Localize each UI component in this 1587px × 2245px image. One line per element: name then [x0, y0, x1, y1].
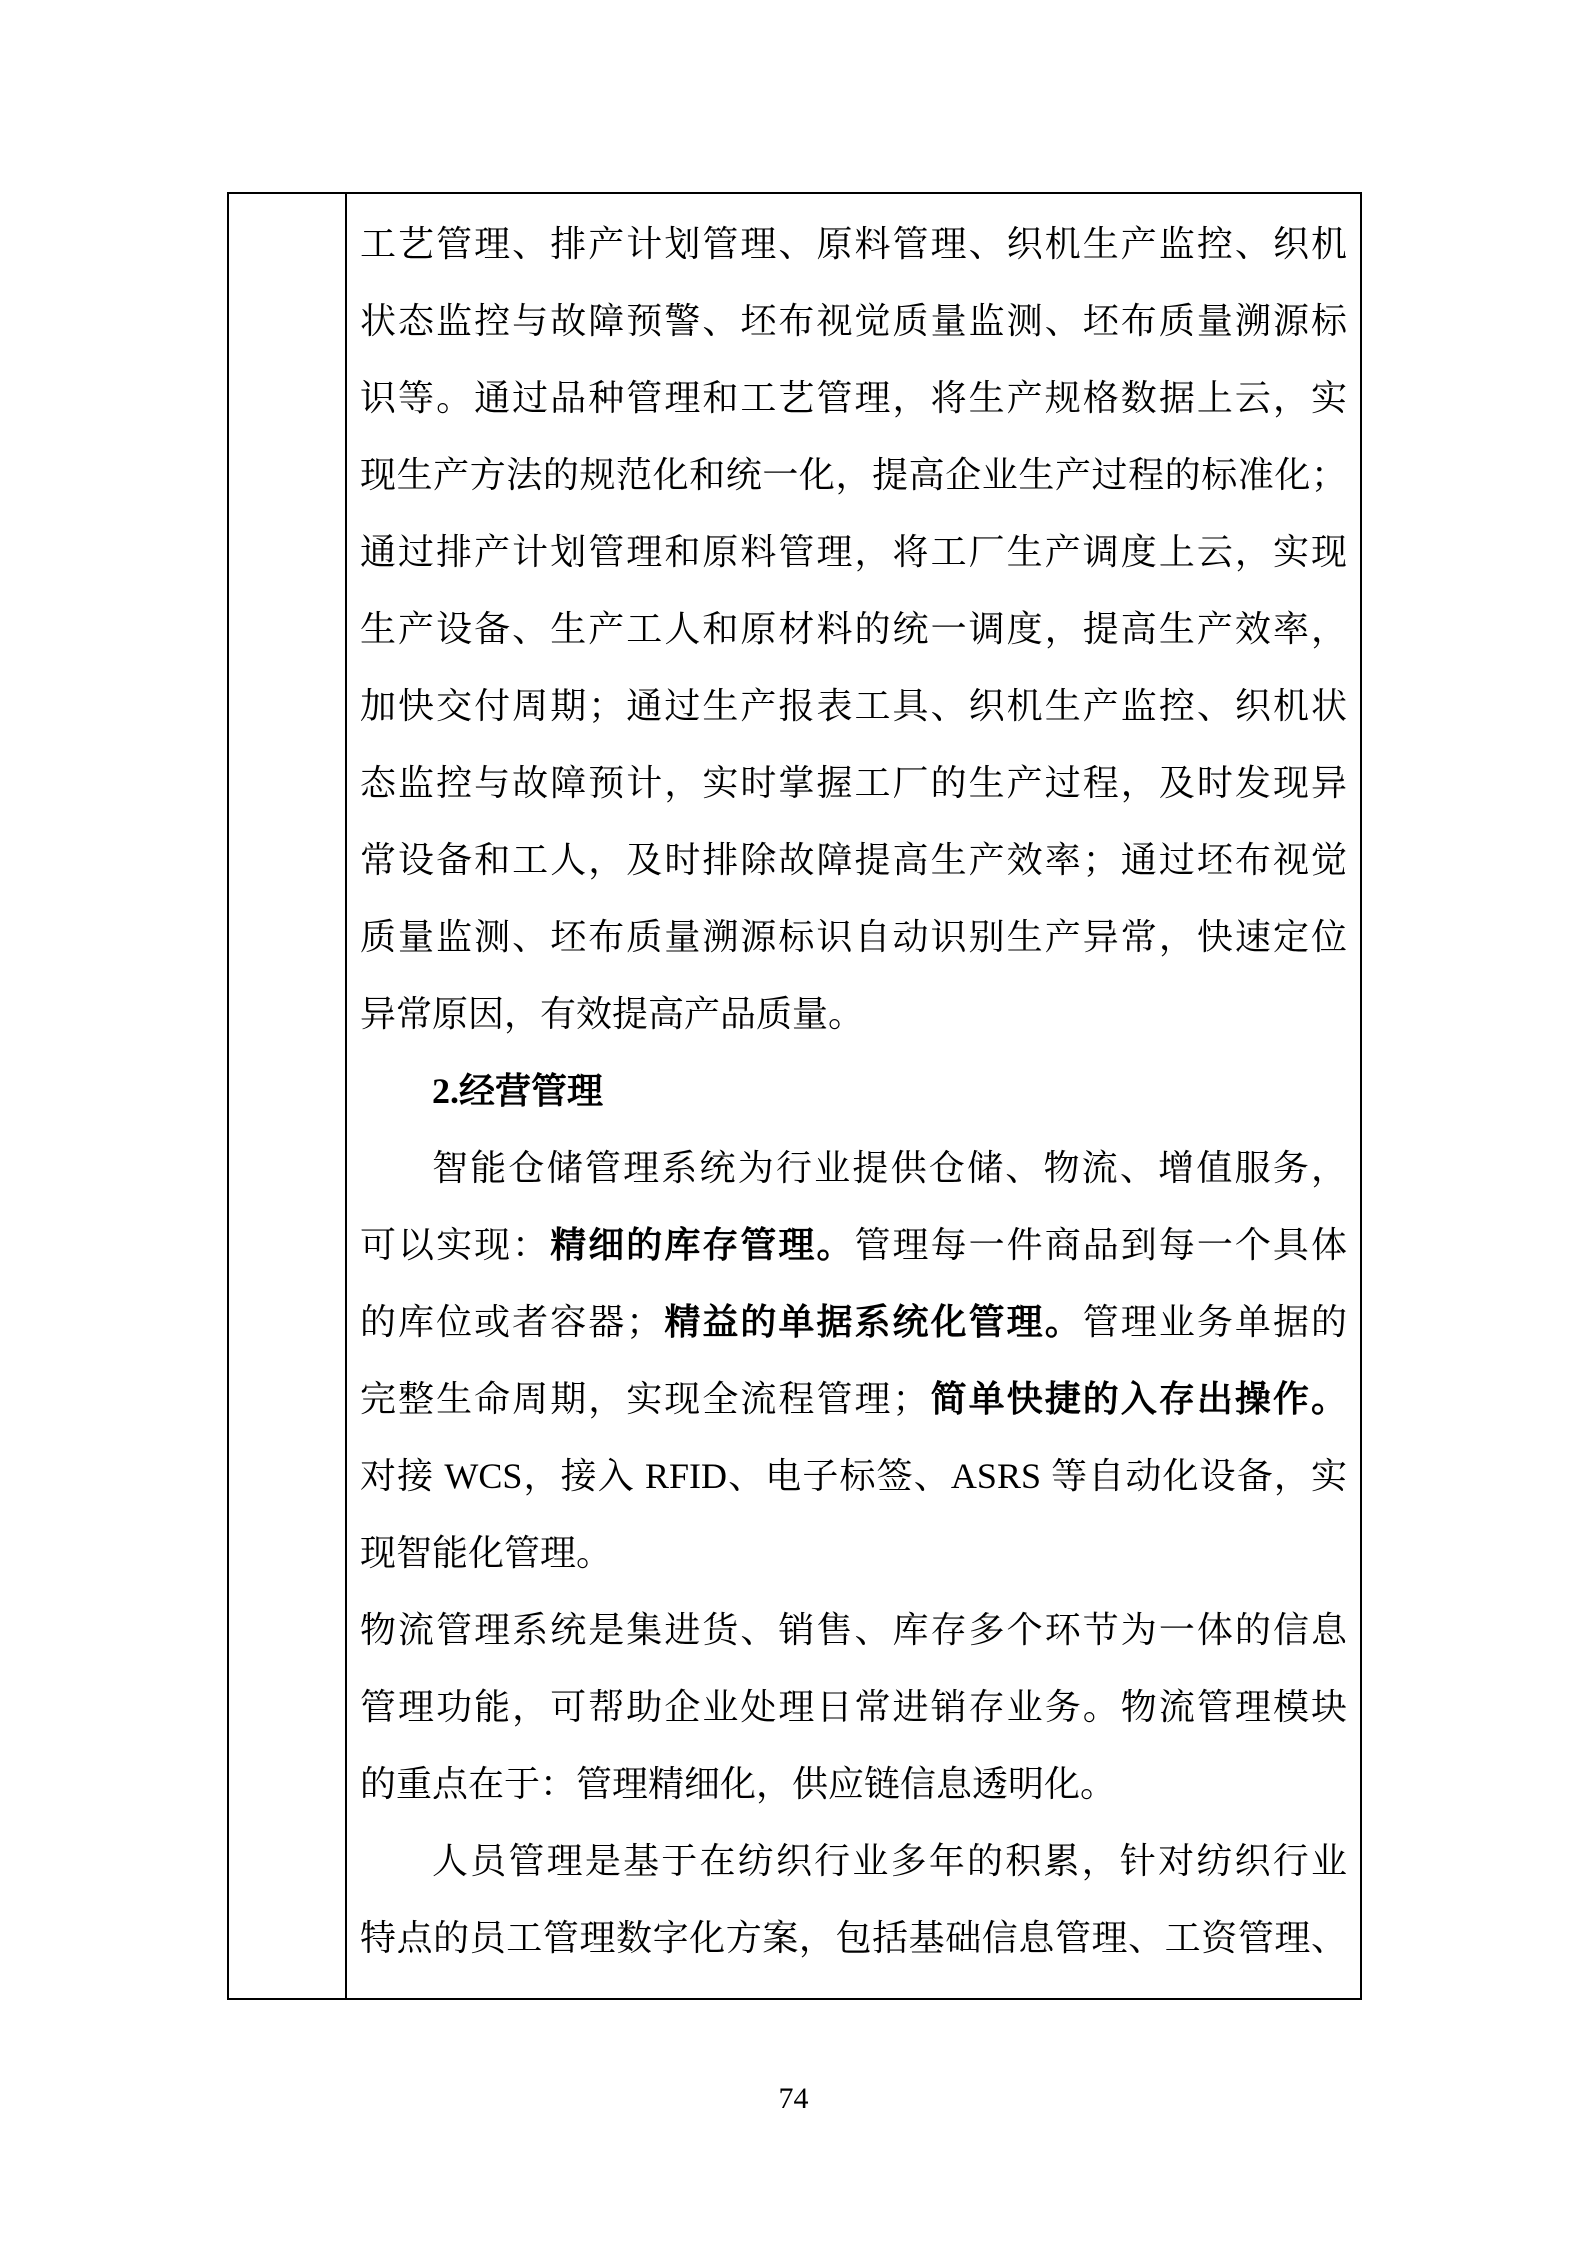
text-lines: 工艺管理、排产计划管理、原料管理、织机生产监控、织机状态监控与故障预警、坯布视觉…	[360, 206, 1347, 1977]
text-line: 现生产方法的规范化和统一化，提高企业生产过程的标准化；	[360, 437, 1347, 514]
text-line: 质量监测、坯布质量溯源标识自动识别生产异常，快速定位	[360, 899, 1347, 976]
text-line: 状态监控与故障预警、坯布视觉质量监测、坯布质量溯源标	[360, 283, 1347, 360]
text-line: 生产设备、生产工人和原材料的统一调度，提高生产效率，	[360, 591, 1347, 668]
text-run: 工艺管理、排产计划管理、原料管理、织机生产监控、织机	[360, 224, 1347, 264]
text-line: 物流管理系统是集进货、销售、库存多个环节为一体的信息	[360, 1592, 1347, 1669]
text-line: 识等。通过品种管理和工艺管理，将生产规格数据上云，实	[360, 360, 1347, 437]
table-text-column: 工艺管理、排产计划管理、原料管理、织机生产监控、织机状态监控与故障预警、坯布视觉…	[347, 194, 1360, 1998]
text-line: 对接 WCS，接入 RFID、电子标签、ASRS 等自动化设备，实	[360, 1438, 1347, 1515]
text-run: 生产设备、生产工人和原材料的统一调度，提高生产效率，	[360, 609, 1347, 649]
text-line: 管理功能，可帮助企业处理日常进销存业务。物流管理模块	[360, 1669, 1347, 1746]
text-line: 态监控与故障预计，实时掌握工厂的生产过程，及时发现异	[360, 745, 1347, 822]
text-run: 可以实现：	[360, 1225, 550, 1265]
table-left-column	[229, 194, 347, 1998]
text-run: 物流管理系统是集进货、销售、库存多个环节为一体的信息	[360, 1610, 1347, 1650]
text-line: 工艺管理、排产计划管理、原料管理、织机生产监控、织机	[360, 206, 1347, 283]
content-table: 工艺管理、排产计划管理、原料管理、织机生产监控、织机状态监控与故障预警、坯布视觉…	[227, 192, 1362, 2000]
text-run: 对接 WCS，接入 RFID、电子标签、ASRS 等自动化设备，实	[360, 1456, 1347, 1496]
text-line: 特点的员工管理数字化方案，包括基础信息管理、工资管理、	[360, 1900, 1347, 1977]
text-run: 的重点在于：管理精细化，供应链信息透明化。	[360, 1764, 1116, 1804]
text-run: 特点的员工管理数字化方案，包括基础信息管理、工资管理、	[360, 1918, 1347, 1958]
text-line: 的库位或者容器；精益的单据系统化管理。管理业务单据的	[360, 1284, 1347, 1361]
text-run: 现智能化管理。	[360, 1533, 612, 1573]
text-run: 常设备和工人，及时排除故障提高生产效率；通过坯布视觉	[360, 840, 1347, 880]
text-line: 的重点在于：管理精细化，供应链信息透明化。	[360, 1746, 1347, 1823]
text-line: 完整生命周期，实现全流程管理；简单快捷的入存出操作。	[360, 1361, 1347, 1438]
text-run: 的库位或者容器；	[360, 1302, 662, 1342]
text-line: 加快交付周期；通过生产报表工具、织机生产监控、织机状	[360, 668, 1347, 745]
text-line: 可以实现：精细的库存管理。管理每一件商品到每一个具体	[360, 1207, 1347, 1284]
document-page: 工艺管理、排产计划管理、原料管理、织机生产监控、织机状态监控与故障预警、坯布视觉…	[0, 0, 1587, 2245]
text-line: 人员管理是基于在纺织行业多年的积累，针对纺织行业	[360, 1823, 1347, 1900]
text-line: 智能仓储管理系统为行业提供仓储、物流、增值服务，	[360, 1130, 1347, 1207]
text-run: 完整生命周期，实现全流程管理；	[360, 1379, 929, 1419]
text-line: 现智能化管理。	[360, 1515, 1347, 1592]
text-run: 管理功能，可帮助企业处理日常进销存业务。物流管理模块	[360, 1687, 1347, 1727]
text-run: 智能仓储管理系统为行业提供仓储、物流、增值服务，	[432, 1148, 1347, 1188]
bold-text-run: 精益的单据系统化管理。	[662, 1302, 1082, 1342]
text-run: 通过排产计划管理和原料管理，将工厂生产调度上云，实现	[360, 532, 1347, 572]
text-run: 质量监测、坯布质量溯源标识自动识别生产异常，快速定位	[360, 917, 1347, 957]
text-line: 常设备和工人，及时排除故障提高生产效率；通过坯布视觉	[360, 822, 1347, 899]
text-run: 识等。通过品种管理和工艺管理，将生产规格数据上云，实	[360, 378, 1347, 418]
bold-text-run: 2.经营管理	[432, 1071, 603, 1111]
text-run: 状态监控与故障预警、坯布视觉质量监测、坯布质量溯源标	[360, 301, 1347, 341]
text-run: 人员管理是基于在纺织行业多年的积累，针对纺织行业	[432, 1841, 1347, 1881]
page-number: 74	[0, 2082, 1587, 2116]
text-run: 管理每一件商品到每一个具体	[855, 1225, 1347, 1265]
bold-text-run: 精细的库存管理。	[550, 1225, 854, 1265]
text-line: 通过排产计划管理和原料管理，将工厂生产调度上云，实现	[360, 514, 1347, 591]
text-run: 现生产方法的规范化和统一化，提高企业生产过程的标准化；	[360, 455, 1347, 495]
text-run: 异常原因，有效提高产品质量。	[360, 994, 864, 1034]
text-line: 异常原因，有效提高产品质量。	[360, 976, 1347, 1053]
text-run: 态监控与故障预计，实时掌握工厂的生产过程，及时发现异	[360, 763, 1347, 803]
text-run: 管理业务单据的	[1083, 1302, 1347, 1342]
text-run: 加快交付周期；通过生产报表工具、织机生产监控、织机状	[360, 686, 1347, 726]
bold-text-run: 简单快捷的入存出操作。	[929, 1379, 1347, 1419]
section-heading: 2.经营管理	[360, 1053, 1347, 1130]
